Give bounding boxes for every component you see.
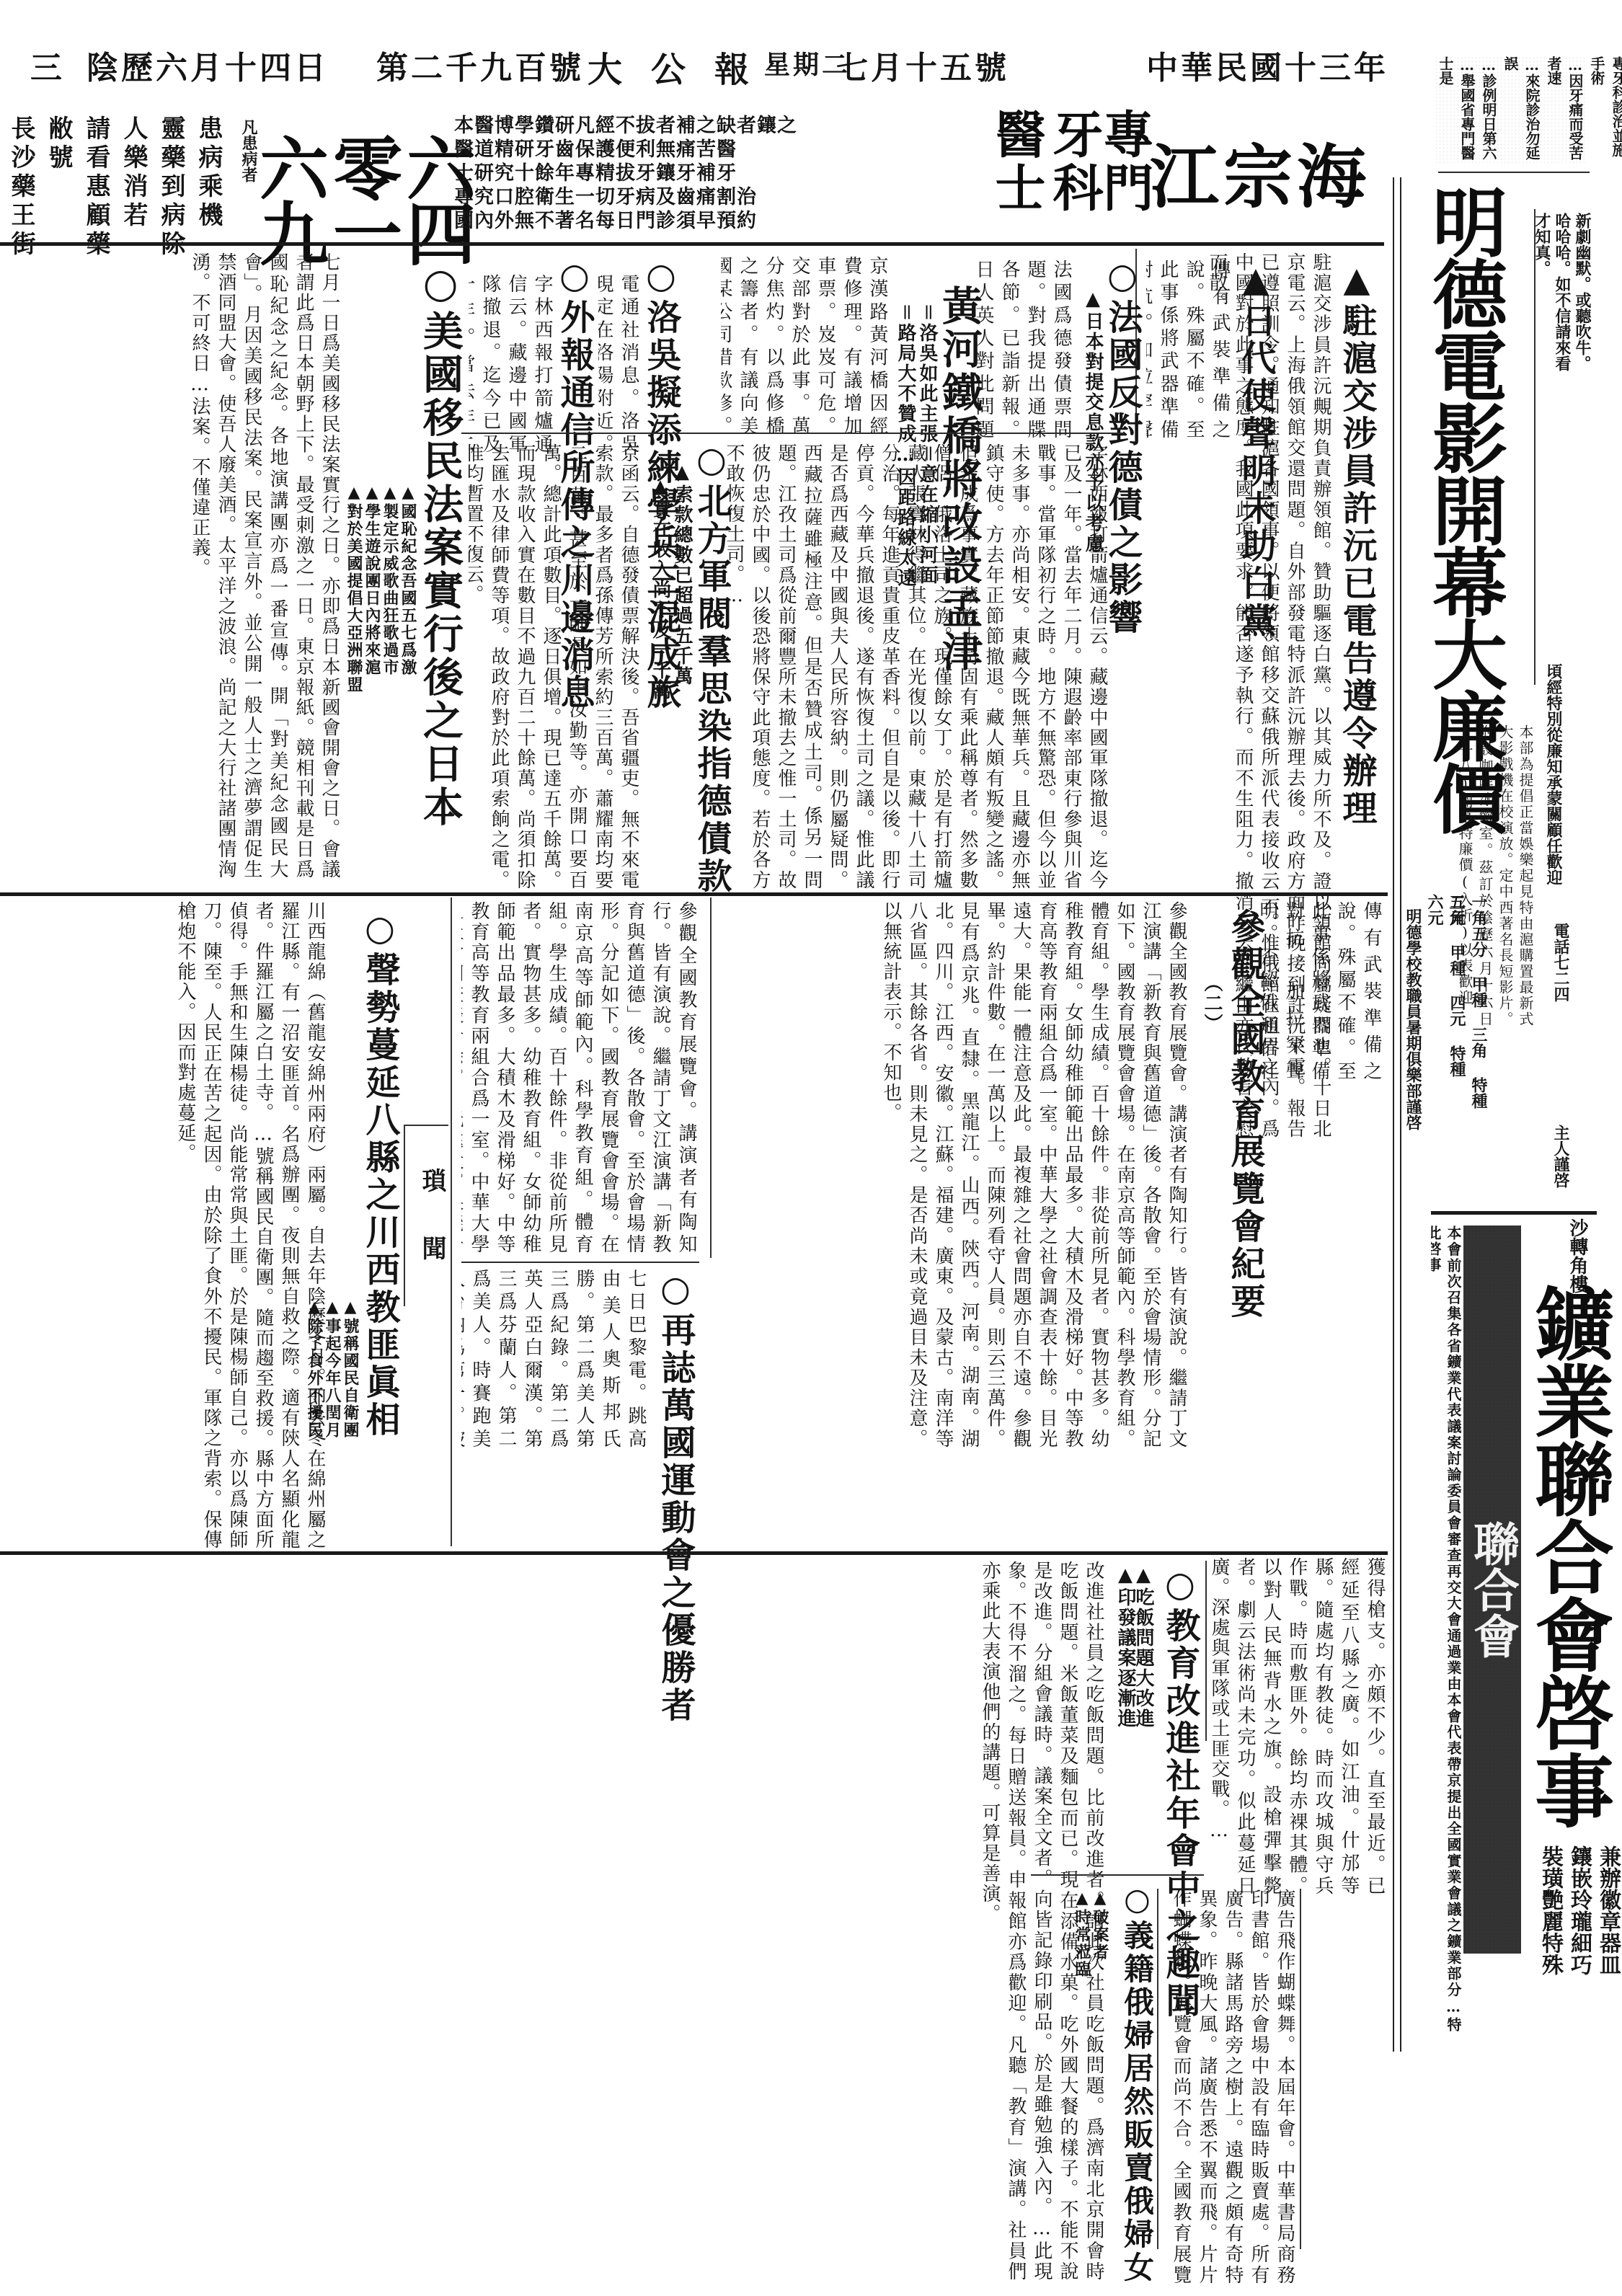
article-body-bandits: 川西龍綿（舊龍安綿州兩府）兩屬。自去年陰歷冬月。即去冬在綿州屬之羅江縣。有一沼安… — [11, 901, 328, 1550]
mining-headline: 鑛業聯合會啓事 — [1525, 1283, 1611, 1828]
top-right-ad-box: 本醫生上工止痛主要 專牙科診治並施手術 …因牙痛而受苦者速 …來院診治勿延誤 …… — [1435, 56, 1586, 164]
dental-headline-name: 江宗海 — [1150, 123, 1370, 221]
lunar-date: 陰歷六月十四日 — [87, 42, 329, 88]
medicine-ad-line: 靈藥到病除 — [156, 115, 185, 260]
article-sub-edu-meeting: ▲印發議案逐漸進 — [1114, 1564, 1137, 1729]
medicine-ad-line: 敝號 — [44, 115, 73, 173]
dental-notice-line: 醫道精研牙齒保護便利無痛苦醫 — [454, 138, 980, 161]
top-right-ad-line: …舉國省專門醫士是 — [1437, 56, 1476, 160]
medicine-ad-line: 請看惠顧藥 — [81, 115, 110, 260]
dental-notice-line: 專究口腔衛生一切牙病及齒痛割治 — [454, 185, 980, 209]
price-class-a: 甲種 三角 — [1469, 976, 1488, 1058]
cinema-phone: 電話七二四 — [1550, 923, 1572, 1002]
cinema-sponsor: 明德學校教職員暑期俱樂部謹啓 — [1402, 908, 1424, 1130]
divider — [1300, 1889, 1301, 2249]
article-body-sichuan-border: 字林西報打箭爐通信云。藏邊中國軍隊撤退。迄今已及一年。當去年二月。陳遐齡率部東行… — [469, 274, 555, 454]
issue-number: 第二千九百號 — [376, 42, 584, 88]
article-body-france: 法國爲德發債票問題。對我提出通牒各節。已詣新報。日人英人對此問題本予以極力之援助… — [973, 260, 1074, 440]
divider — [710, 897, 712, 1258]
dental-headline-title: 醫士 — [980, 108, 1053, 215]
article-body-japan-students: 傳有武裝準備之說。殊屬不確。至此事係將武器準備對抗。加拉罕聲明。否認俄通信社所傳… — [1251, 901, 1384, 1081]
top-right-ad-line: …因牙痛而受苦者速 — [1545, 56, 1584, 160]
article-headline-japan: ▲日代使聲明未助白黨 — [1236, 260, 1275, 640]
divider — [461, 1262, 699, 1263]
dental-notice: 本醫博學鑽研凡經不拔者補之缺者鑲之 醫道精研牙齒保護便利無痛苦醫 士研究十餘年專… — [454, 114, 980, 236]
article-sub-warlords: ▲實在收入尚不及一千萬 — [649, 476, 672, 701]
dental-notice-line: 國內外無不著名每日門診須早預約 — [454, 209, 980, 233]
article-body-luowu: 電通社消息。洛吳現定在洛陽附近。添設學習隊三混成旅。所募兵士。概須輕年在十四歲以… — [598, 274, 642, 454]
mining-banner: 聯合會 — [1463, 1225, 1521, 1954]
article-sub-warlords: ▲索款總數已超過五千萬 — [670, 461, 693, 686]
article-sub-us-immigration: ▲對於美國提倡大亞洲聯盟 — [342, 483, 365, 693]
dental-notice-line: 士研究十餘年專精拔牙鑲牙補牙 — [454, 161, 980, 185]
divider — [1534, 209, 1535, 685]
dental-notice-line: 本醫博學鑽研凡經不拔者補之缺者鑲之 — [454, 114, 980, 138]
mining-side-line: 鑲嵌玲瓏細巧 — [1566, 1845, 1592, 1975]
article-headline-bandits: ○聲勢蔓延八縣之川西教匪眞相 — [360, 908, 399, 1439]
article-body-olympics: 七日巴黎電。跳高由美人奧斯邦氏勝。第二爲美人第三爲紀錄。第二爲英人亞白爾漢。第三… — [461, 1269, 649, 1449]
paper-name: 大公報 — [588, 42, 778, 92]
mining-side-line: 兼辦徽章器皿 — [1595, 1845, 1621, 1975]
divider — [1157, 1889, 1158, 2249]
page-number: 三 — [30, 42, 65, 88]
article-body-exhibition: 參觀全國教育展覽會。講演者有陶知行。皆有演說。繼請丁文江演講「新教育與舊道德」後… — [721, 901, 1189, 1449]
article-body-tibet-continued: 字林西報打箭爐通信云。藏邊中國軍隊撤退。迄今已及一年。當去年二月。陳遐齡率部東行… — [721, 443, 1110, 890]
mining-side-line: 裝璜艷麗特殊 — [1538, 1845, 1563, 1975]
top-right-ad-line: …來院診治勿延誤 — [1502, 56, 1541, 160]
divider — [1031, 1874, 1204, 1876]
price-value: 一角五分 — [1469, 894, 1488, 957]
mining-corner-label: 沙轉角樓 — [1564, 1218, 1591, 1293]
mining-side-lines: 專收荒鑛砂金 兼辦徽章器皿 鑲嵌玲瓏細巧 裝璜艷麗特殊 — [1535, 1845, 1622, 2177]
price-value: 二元 — [1448, 894, 1466, 926]
cinema-side-blurb: 新劇幽默。或聽吹牛。哈哈哈。如不信請來看才知真。 — [1532, 213, 1592, 386]
mining-banner-text: 聯合會 — [1466, 1520, 1520, 1659]
phone-ad-side: 凡患病者 — [238, 119, 260, 182]
divider — [0, 242, 1384, 246]
divider — [0, 892, 1388, 896]
divider — [1431, 1211, 1597, 1215]
cinema-signature: 主人謹啓 — [1550, 1125, 1572, 1188]
article-body-japan: 傳有武裝準備之說。殊屬不確。至此事係將武器準備對抗。加拉罕聲明。否認俄通信社所傳… — [1146, 260, 1233, 440]
gregorian-date: 七月十五號 — [836, 42, 1009, 88]
cinema-notice: 頃經特別從廉知承蒙關顧任歡迎 — [1543, 663, 1565, 923]
article-headline-xu-yuan: ▲駐滬交涉員許沅已電告遵令辦理 — [1337, 260, 1376, 828]
medicine-ad-line: 長沙藥王街 — [6, 115, 35, 260]
divider — [461, 433, 1125, 434]
mining-body: 本會前次召集各省鑛業代表議案討論委員會審查再交大會通過業由本會代表帶京提出全國實… — [1431, 1225, 1463, 2033]
article-body-military: 獲得槍支。亦頗不少。直至最近。已經延至八縣之廣。如江油。什邡等縣。隨處均有教徒。… — [1211, 1557, 1388, 1896]
price-class-a: 甲種 四元 — [1448, 944, 1466, 1027]
cinema-price-row: 二元 甲種 四元 特種 六元 — [1424, 894, 1468, 1110]
top-right-ad-line: 專牙科診治並施手術 — [1588, 56, 1622, 157]
republic-year: 中華民國十三年 — [1146, 42, 1388, 88]
section-label: 瑣聞 — [415, 1168, 450, 1303]
article-headline-us-immigration: ○美國移民法案實行後之日本 — [418, 260, 463, 829]
medicine-ad-line: 患病乘機 — [194, 115, 223, 231]
column-border — [1393, 177, 1401, 2052]
article-body-russian-women: 廣告飛作蝴蝶舞。本屆年會。中華書局商務印書館。皆於會場中設有臨時販賣處。所有廣告… — [1168, 1889, 1298, 2285]
article-sub-exhibition: （二） — [1200, 973, 1223, 1034]
divider — [0, 1551, 1388, 1555]
article-sub-russian-women: ▲時常蒞臨 — [1071, 1889, 1094, 1978]
medicine-ad-line: 人樂消若 — [119, 115, 148, 231]
article-body-exhibition-continued: 參觀全國教育展覽會。講演者有陶知行。皆有演說。繼請丁文江演講「新教育與舊道德」後… — [461, 901, 699, 1254]
article-body-edu-meeting: 改進社社員之吃飯問題。比前改進者。謂此次社員吃飯問題。爲濟南北京開會時吃飯問題。… — [11, 1561, 1107, 2282]
article-body-bridge: 京漢路黃河橋因經費修理。有議增加車票。岌岌可危。交部對於此事。萬分焦灼。以爲修橋… — [721, 256, 890, 436]
article-body-warlords: 京函云。自德發債票解決後。吾省疆吏。無不來電索款。最多者爲孫傳芳所索約三百萬。蕭… — [469, 443, 642, 890]
top-right-ad-line: …診例明日第六 — [1480, 56, 1497, 160]
divider — [1205, 1561, 1207, 1741]
divider — [1438, 172, 1590, 173]
article-headline-russian-women: ○義籍俄婦居然販賣俄婦女 — [1117, 1881, 1156, 2284]
article-body-us-immigration: 七月一日爲美國移民法案實行之日。亦即爲日本新國會開會之日。會議者謂此爲日本朝野上… — [11, 252, 342, 879]
divider — [451, 897, 452, 1546]
